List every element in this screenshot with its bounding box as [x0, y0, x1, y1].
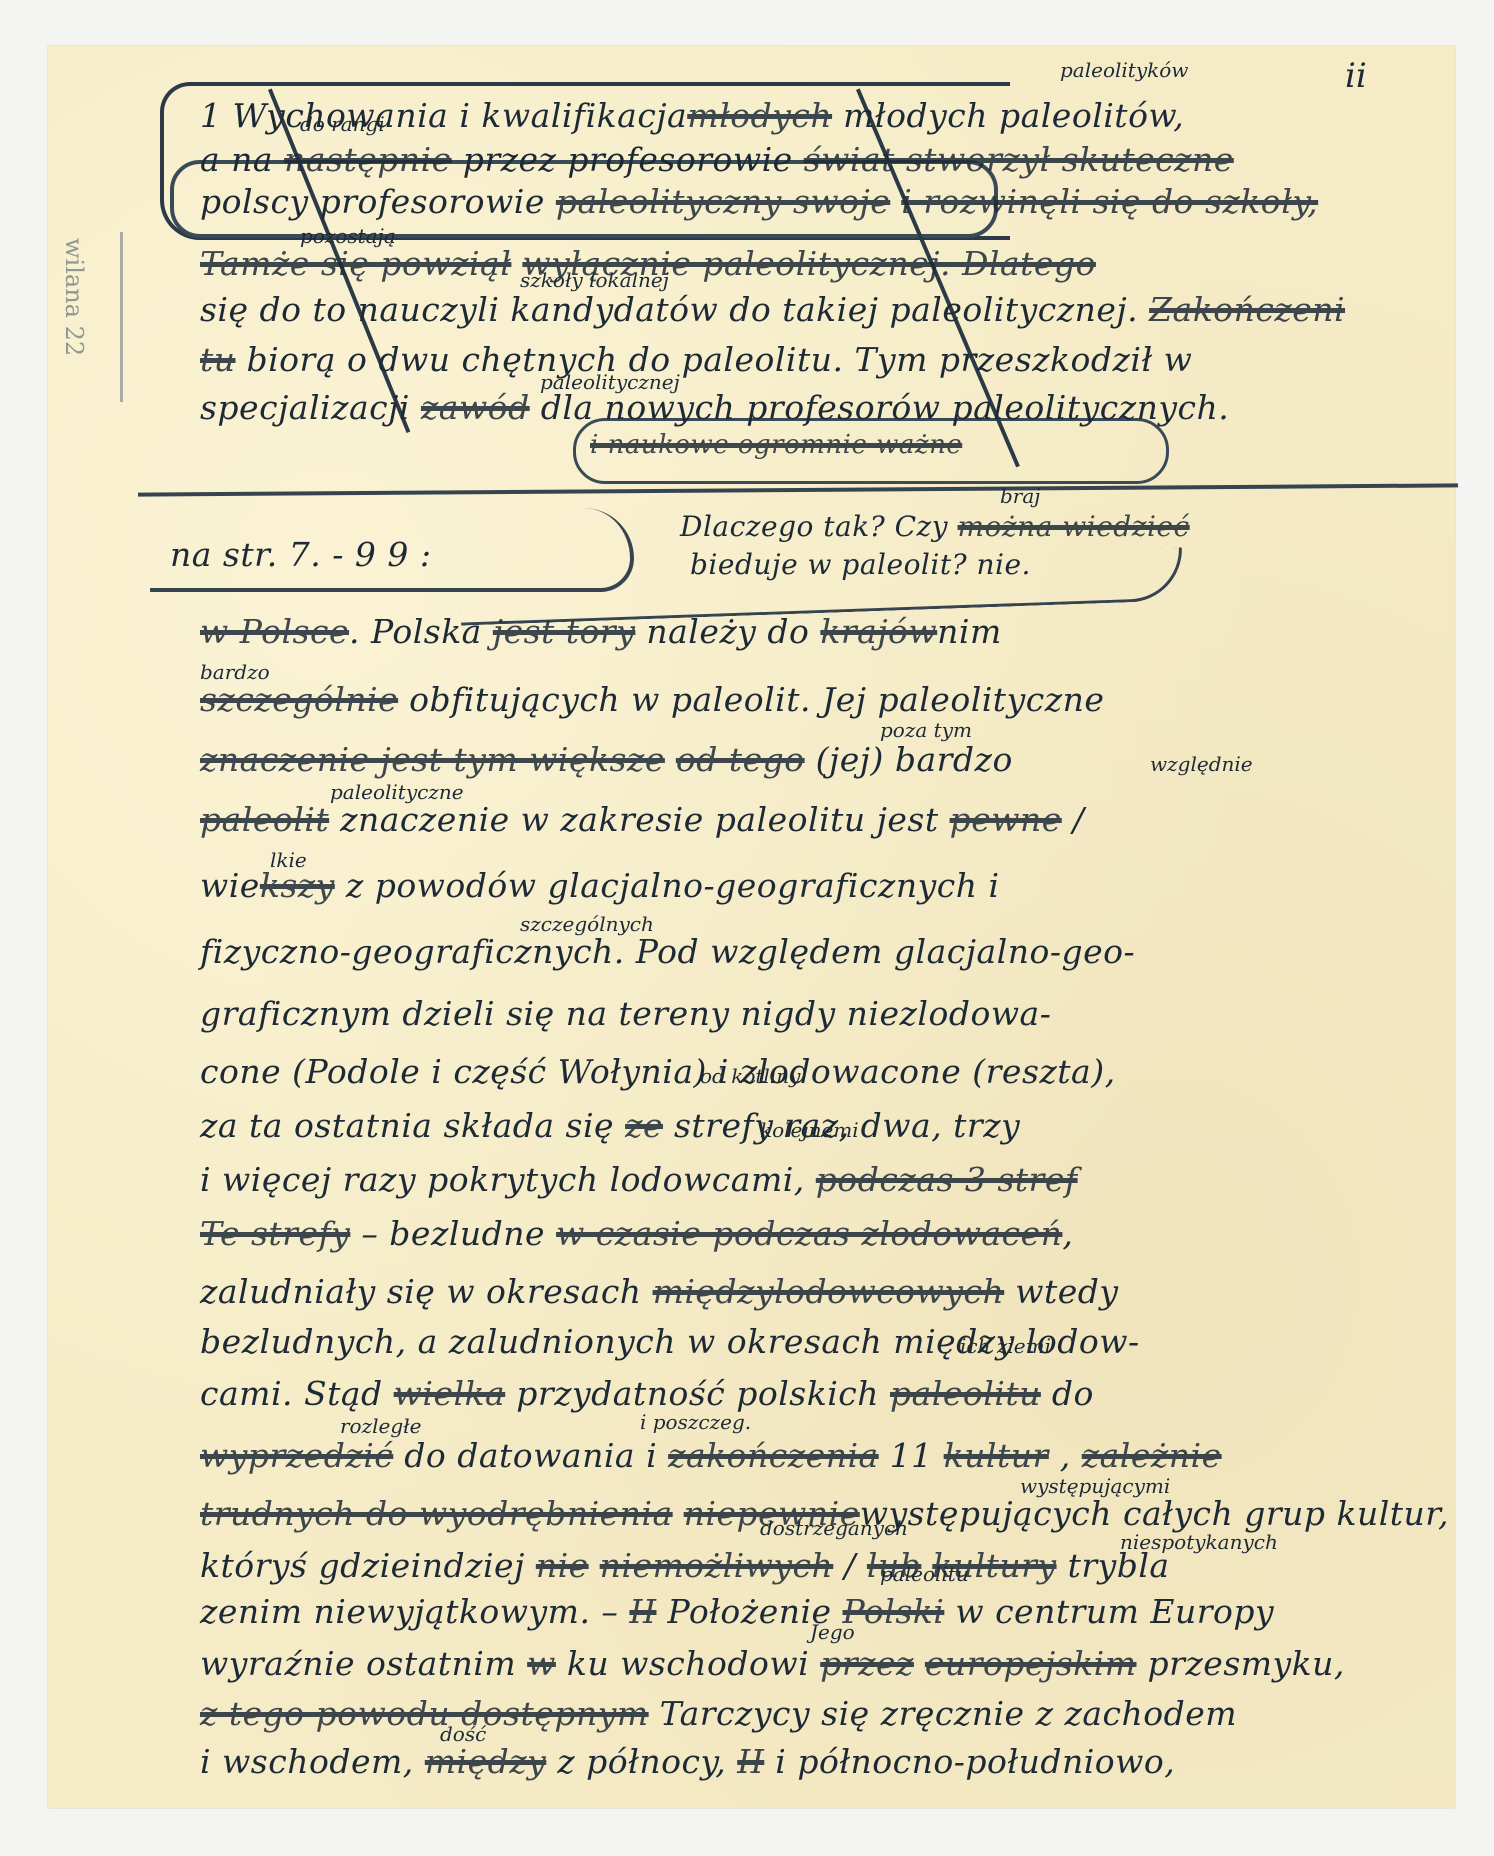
body-line-7: graficznym dzieli się na tereny nigdy ni…	[200, 994, 1051, 1033]
question-line-2: bieduje w paleolit? nie.	[690, 548, 1031, 581]
body-line-17: któryś gdzieindziej nie niemożliwych / l…	[200, 1546, 1170, 1585]
body-line-15: wyprzedzić do datowania i zakończenia 11…	[200, 1436, 1222, 1475]
body-insert-18: paleolitu	[880, 1562, 969, 1586]
body-line-21: i wschodem, między z północy, II i półno…	[200, 1742, 1175, 1781]
body-insert-10: kolejnemi	[760, 1118, 859, 1142]
body-line-18: zenim niewyjątkowym. – II Położenie Pols…	[200, 1592, 1274, 1631]
section-1-insert-1: paleolityków	[1060, 58, 1188, 82]
page-number: ii	[1345, 56, 1367, 96]
section-1-insert-7: paleolitycznej	[540, 370, 680, 394]
body-line-1: w Polsce. Polska jest tory należy do kra…	[200, 612, 1002, 651]
section-1-insert-2: do rangi	[300, 112, 385, 136]
body-insert-3: poza tym	[880, 718, 972, 742]
body-line-14: cami. Stąd wielka przydatność polskich p…	[200, 1374, 1094, 1413]
body-insert-3b: względnie	[1150, 752, 1253, 776]
section-1-line-2: a na następnie przez profesorowie świat …	[200, 140, 1234, 179]
body-line-10: i więcej razy pokrytych lodowcami, podcz…	[200, 1160, 1078, 1199]
body-line-4: paleolit znaczenie w zakresie paleolitu …	[200, 800, 1084, 839]
body-insert-14: ich ziemi	[960, 1334, 1051, 1358]
body-line-5: wiekszy z powodów glacjalno-geograficzny…	[200, 866, 1000, 905]
section-1-line-6: tu biorą o dwu chętnych do paleolitu. Ty…	[200, 340, 1192, 379]
question-line-1: Dlaczego tak? Czy można wiedzieć	[680, 510, 1190, 543]
section-1-line-3: polscy profesorowie paleolityczny swoje …	[200, 182, 1318, 221]
body-line-11: Te strefy – bezludne w czasie podczas zl…	[200, 1214, 1073, 1253]
body-line-20: z tego powodu dostępnym Tarczycy się zrę…	[200, 1694, 1237, 1733]
section-1-line-7: specjalizacji zawód dla nowych profesoró…	[200, 388, 1229, 427]
body-line-9: za ta ostatnia składa się ze strefy raz,…	[200, 1106, 1020, 1145]
body-line-6: fizyczno-geograficznych. Pod względem gl…	[200, 932, 1135, 971]
body-insert-17: dostrzeganych	[760, 1516, 908, 1540]
margin-pencil-rule	[120, 232, 123, 402]
question-insert: braj	[1000, 484, 1041, 508]
margin-pencil-note: wilana 22	[60, 238, 88, 356]
body-line-8: cone (Podole i część Wołynia) i zlodowac…	[200, 1052, 1116, 1091]
body-insert-9: od kotliny	[700, 1064, 800, 1088]
body-line-3: znaczenie jest tym większe od tego (jej)…	[200, 740, 1013, 779]
body-insert-15: rozległe	[340, 1414, 422, 1438]
section-1-insert-5: szkoły lokalnej	[520, 268, 669, 292]
section-1-line-5: się do to nauczyli kandydatów do takiej …	[200, 290, 1345, 329]
body-line-2: szczególnie obfitujących w paleolit. Jej…	[200, 680, 1104, 719]
section-1-insert-4: pozostają	[300, 224, 396, 248]
reference-line: na str. 7. - 9 9 :	[170, 535, 431, 574]
body-line-19: wyraźnie ostatnim w ku wschodowi przez e…	[200, 1644, 1345, 1683]
section-1-line-8: i naukowe ogromnie ważne	[590, 430, 962, 460]
body-line-12: zaludniały się w okresach międzylodowcow…	[200, 1272, 1119, 1311]
body-insert-15b: i poszczeg.	[640, 1410, 751, 1434]
